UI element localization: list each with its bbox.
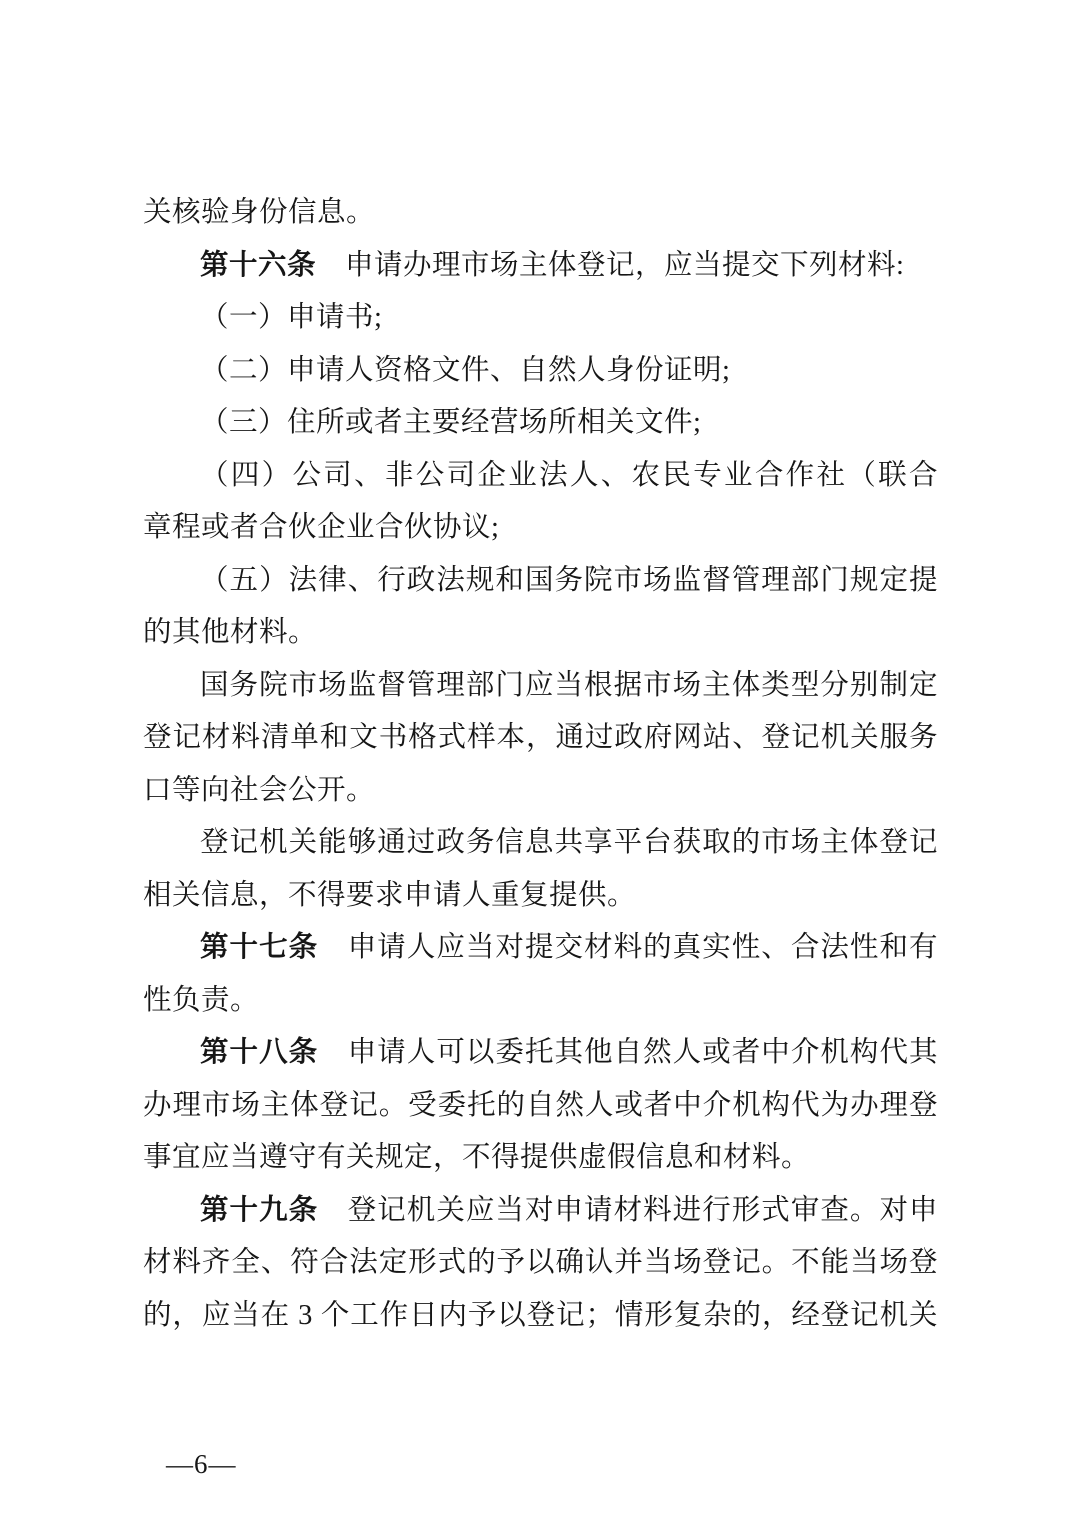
line-text: （一）申请书;: [200, 302, 382, 333]
article-number: 第十九条: [200, 1194, 318, 1226]
text-line: 办理市场主体登记。受委托的自然人或者中介机构代为办理登记: [143, 1079, 938, 1132]
line-text: 登记机关能够通过政务信息共享平台获取的市场主体登记: [200, 827, 938, 858]
text-line: 国务院市场监督管理部门应当根据市场主体类型分别制定: [143, 659, 938, 712]
line-text: （二）申请人资格文件、自然人身份证明;: [200, 355, 730, 386]
article-number: 第十七条: [200, 931, 318, 963]
line-text: 的，应当在 3 个工作日内予以登记；情形复杂的，经登记机关负: [143, 1300, 938, 1342]
line-text: 登记材料清单和文书格式样本，通过政府网站、登记机关服务窗: [143, 722, 938, 764]
article-number: 第十八条: [200, 1036, 318, 1068]
line-text: （五）法律、行政法规和国务院市场监督管理部门规定提交: [143, 565, 938, 607]
text-line: （五）法律、行政法规和国务院市场监督管理部门规定提交: [143, 554, 938, 607]
line-text: 相关信息，不得要求申请人重复提供。: [143, 880, 636, 911]
line-text: 申请办理市场主体登记，应当提交下列材料:: [316, 250, 904, 281]
text-line: 相关信息，不得要求申请人重复提供。: [143, 869, 938, 922]
line-text: 性负责。: [143, 985, 259, 1016]
line-text: （三）住所或者主要经营场所相关文件;: [200, 407, 701, 438]
text-line: （二）申请人资格文件、自然人身份证明;: [143, 344, 938, 397]
line-text: 材料齐全、符合法定形式的予以确认并当场登记。不能当场登记: [143, 1247, 938, 1289]
text-body: 关核验身份信息。 第十六条 申请办理市场主体登记，应当提交下列材料: （一）申请…: [143, 186, 938, 1341]
text-line: （三）住所或者主要经营场所相关文件;: [143, 396, 938, 449]
page-number: —6—: [166, 1441, 237, 1487]
text-line: 第十六条 申请办理市场主体登记，应当提交下列材料:: [143, 239, 938, 292]
line-text: 口等向社会公开。: [143, 775, 375, 806]
text-line: 章程或者合伙企业合伙协议;: [143, 501, 938, 554]
article-number: 第十六条: [200, 249, 316, 281]
line-text: 国务院市场监督管理部门应当根据市场主体类型分别制定: [200, 670, 938, 701]
text-line: 登记机关能够通过政务信息共享平台获取的市场主体登记: [143, 816, 938, 869]
text-line: 性负责。: [143, 974, 938, 1027]
text-line: 材料齐全、符合法定形式的予以确认并当场登记。不能当场登记: [143, 1236, 938, 1289]
line-text: 办理市场主体登记。受委托的自然人或者中介机构代为办理登记: [143, 1090, 938, 1132]
document-page: 关核验身份信息。 第十六条 申请办理市场主体登记，应当提交下列材料: （一）申请…: [0, 0, 1074, 1520]
text-line: 第十八条 申请人可以委托其他自然人或者中介机构代其: [143, 1026, 938, 1079]
text-line: 的，应当在 3 个工作日内予以登记；情形复杂的，经登记机关负: [143, 1289, 938, 1342]
text-line: 第十九条 登记机关应当对申请材料进行形式审查。对申请: [143, 1184, 938, 1237]
line-text: 章程或者合伙企业合伙协议;: [143, 512, 499, 543]
text-line: 口等向社会公开。: [143, 764, 938, 817]
text-line: （一）申请书;: [143, 291, 938, 344]
line-text: 事宜应当遵守有关规定，不得提供虚假信息和材料。: [143, 1142, 810, 1173]
text-line: （四）公司、非公司企业法人、农民专业合作社（联合社）: [143, 449, 938, 502]
text-line: 事宜应当遵守有关规定，不得提供虚假信息和材料。: [143, 1131, 938, 1184]
line-text: 的其他材料。: [143, 617, 317, 648]
line-text: （四）公司、非公司企业法人、农民专业合作社（联合社）: [143, 460, 938, 502]
line-text: 申请人可以委托其他自然人或者中介机构代其: [318, 1037, 938, 1068]
text-line: 第十七条 申请人应当对提交材料的真实性、合法性和有效: [143, 921, 938, 974]
text-line: 登记材料清单和文书格式样本，通过政府网站、登记机关服务窗: [143, 711, 938, 764]
line-text: 关核验身份信息。: [143, 197, 375, 228]
text-line: 关核验身份信息。: [143, 186, 938, 239]
text-line: 的其他材料。: [143, 606, 938, 659]
